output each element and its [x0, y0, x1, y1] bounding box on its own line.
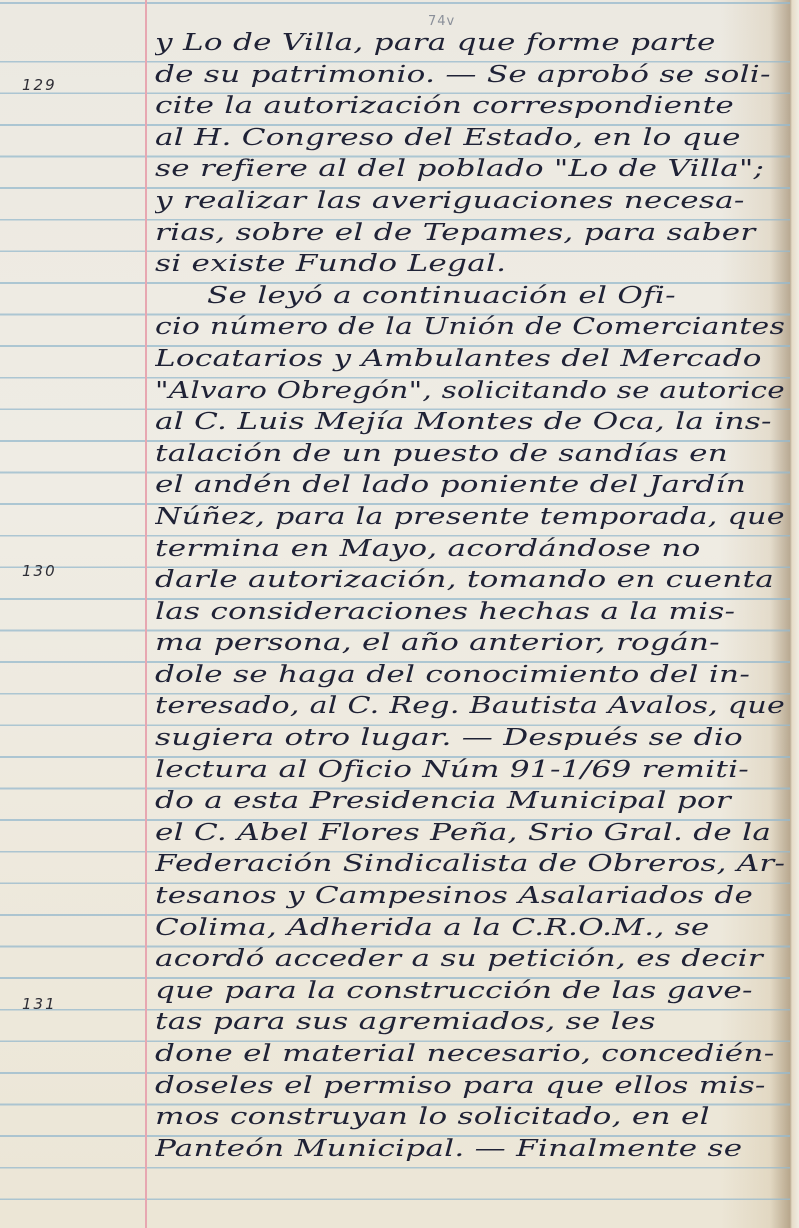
handwritten-line: tesanos y Campesinos Asalariados de [155, 881, 785, 913]
red-margin-line [145, 0, 147, 1228]
handwritten-line: termina en Mayo, acordándose no [155, 534, 785, 566]
handwritten-line: sugiera otro lugar. — Después se dio [155, 723, 785, 755]
handwritten-line: ma persona, el año anterior, rogán- [155, 628, 785, 660]
handwritten-line: de su patrimonio. — Se aprobó se soli- [155, 60, 785, 92]
handwritten-line: Panteón Municipal. — Finalmente se [155, 1134, 785, 1166]
handwritten-body: y Lo de Villa, para que forme partede su… [155, 28, 785, 1165]
handwritten-line: si existe Fundo Legal. [155, 249, 785, 281]
ledger-page: 74v 129 130 131 y Lo de Villa, para que … [0, 0, 799, 1228]
handwritten-line: Núñez, para la presente temporada, que [155, 502, 785, 534]
handwritten-line: talación de un puesto de sandías en [155, 439, 785, 471]
handwritten-line: mos construyan lo solicitado, en el [155, 1102, 785, 1134]
handwritten-line: lectura al Oficio Núm 91-1/69 remiti- [155, 755, 785, 787]
handwritten-line: do a esta Presidencia Municipal por [155, 786, 785, 818]
handwritten-line: Se leyó a continuación el Ofi- [155, 281, 785, 313]
handwritten-line: que para la construcción de las gave- [155, 976, 785, 1008]
folio-number: 74v [428, 14, 455, 29]
handwritten-line: al H. Congreso del Estado, en lo que [155, 123, 785, 155]
handwritten-line: "Alvaro Obregón", solicitando se autoric… [155, 376, 785, 408]
handwritten-line: se refiere al del poblado "Lo de Villa"; [155, 154, 785, 186]
handwritten-line: Locatarios y Ambulantes del Mercado [155, 344, 785, 376]
entry-number-129: 129 [22, 76, 57, 94]
handwritten-line: tas para sus agremiados, se les [155, 1007, 785, 1039]
handwritten-line: el C. Abel Flores Peña, Srio Gral. de la [155, 818, 785, 850]
handwritten-line: doseles el permiso para que ellos mis- [155, 1071, 785, 1103]
handwritten-line: darle autorización, tomando en cuenta [155, 565, 785, 597]
handwritten-line: las consideraciones hechas a la mis- [155, 597, 785, 629]
handwritten-line: dole se haga del conocimiento del in- [155, 660, 785, 692]
handwritten-line: cite la autorización correspondiente [155, 91, 785, 123]
entry-number-131: 131 [22, 995, 57, 1013]
entry-number-130: 130 [22, 562, 57, 580]
handwritten-line: acordó acceder a su petición, es decir [155, 944, 785, 976]
handwritten-line: cio número de la Unión de Comerciantes [155, 312, 785, 344]
handwritten-line: done el material necesario, concedién- [155, 1039, 785, 1071]
handwritten-line: Federación Sindicalista de Obreros, Ar- [155, 849, 785, 881]
handwritten-line: rias, sobre el de Tepames, para saber [155, 218, 785, 250]
handwritten-line: Colima, Adherida a la C.R.O.M., se [155, 913, 785, 945]
handwritten-line: teresado, al C. Reg. Bautista Avalos, qu… [155, 691, 785, 723]
handwritten-line: y realizar las averiguaciones necesa- [155, 186, 785, 218]
handwritten-line: al C. Luis Mejía Montes de Oca, la ins- [155, 407, 785, 439]
handwritten-line: y Lo de Villa, para que forme parte [155, 28, 785, 60]
handwritten-line: el andén del lado poniente del Jardín [155, 470, 785, 502]
